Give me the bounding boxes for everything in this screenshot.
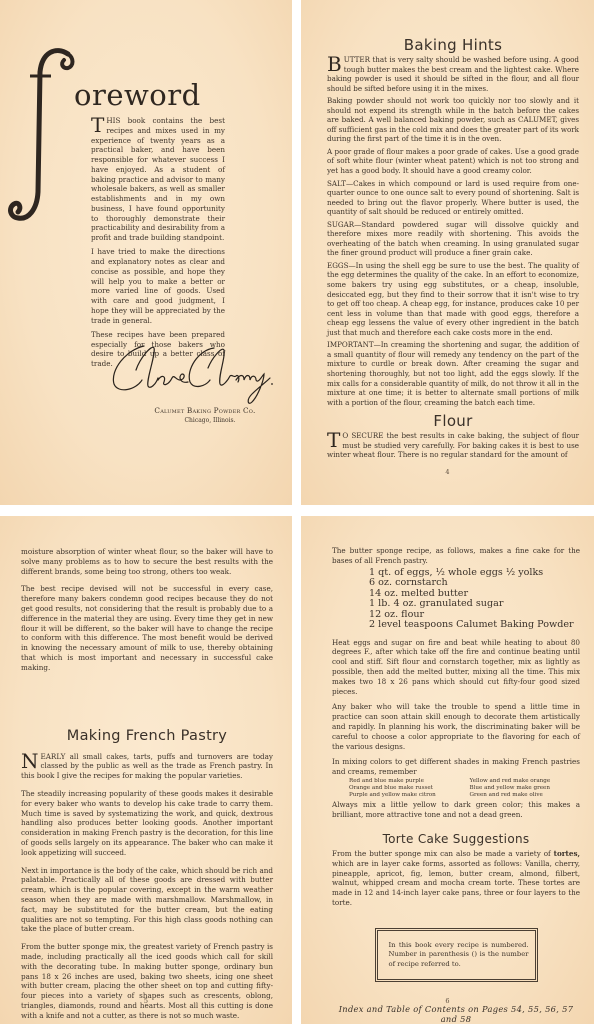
paragraph: SALT—Cakes in which compound or lard is … bbox=[327, 179, 579, 217]
section-heading: Baking Hints bbox=[327, 36, 579, 54]
signature-cleve-carney bbox=[106, 340, 276, 410]
color-rule: Red and blue make purple bbox=[349, 778, 460, 785]
paragraph: In mixing colors to get different shades… bbox=[332, 757, 580, 777]
company-name: Calumet Baking Powder Co. bbox=[130, 406, 280, 415]
page-foreword: oreword THIS book contains the best reci… bbox=[0, 0, 292, 505]
drop-cap: T bbox=[327, 432, 340, 448]
color-rule: Yellow and red make orange bbox=[470, 778, 581, 785]
drop-cap: B bbox=[327, 56, 342, 72]
paragraph: Next in importance is the body of the ca… bbox=[21, 866, 273, 935]
paragraph: From the butter sponge mix, the greatest… bbox=[21, 942, 273, 1020]
section-heading-flour: Flour bbox=[327, 412, 579, 430]
paragraph: A poor grade of flour makes a poor grade… bbox=[327, 147, 579, 176]
paragraph: Heat eggs and sugar on fire and beat whi… bbox=[332, 638, 580, 697]
paragraph: IMPORTANT—In creaming the shortening and… bbox=[327, 340, 579, 407]
section-heading: Making French Pastry bbox=[21, 727, 273, 745]
ingredient-item: 2 level teaspoons Calumet Baking Powder bbox=[369, 620, 580, 631]
drop-cap: N bbox=[21, 753, 39, 769]
page-butter-sponge: The butter sponge recipe, as follows, ma… bbox=[301, 516, 594, 1024]
paragraph: BUTTER that is very salty should be wash… bbox=[327, 55, 579, 93]
decorative-initial-f bbox=[8, 42, 98, 227]
paragraph: EGGS—In using the shell egg be sure to u… bbox=[327, 261, 579, 337]
paragraph: I have tried to make the directions and … bbox=[91, 247, 225, 325]
paragraph: SUGAR—Standard powdered sugar will disso… bbox=[327, 220, 579, 258]
page-number: 6 bbox=[301, 997, 594, 1005]
color-rule: Orange and blue make russet bbox=[349, 785, 460, 792]
paragraph: Baking powder should not work too quickl… bbox=[327, 96, 579, 144]
paragraph: The steadily increasing popularity of th… bbox=[21, 789, 273, 858]
color-rule: Blue and yellow make green bbox=[470, 785, 581, 792]
color-mixing-table: Red and blue make purpleYellow and red m… bbox=[349, 778, 580, 798]
page-baking-hints: Baking Hints BUTTER that is very salty s… bbox=[301, 0, 594, 505]
section-heading: Torte Cake Suggestions bbox=[332, 832, 580, 846]
foreword-body: THIS book contains the best recipes and … bbox=[91, 116, 225, 373]
paragraph: The best recipe devised will not be succ… bbox=[21, 584, 273, 672]
paragraph: THIS book contains the best recipes and … bbox=[91, 116, 225, 243]
paragraph: moisture absorption of winter wheat flou… bbox=[21, 547, 273, 576]
french-pastry-body: NEARLY all small cakes, tarts, puffs and… bbox=[21, 752, 273, 1021]
company-city: Chicago, Illinois. bbox=[160, 417, 260, 424]
paragraph: TO SECURE the best results in cake bakin… bbox=[327, 431, 579, 460]
paragraph: Always mix a little yellow to dark green… bbox=[332, 800, 580, 820]
page-title: oreword bbox=[74, 80, 201, 110]
baking-hints-body: BUTTER that is very salty should be wash… bbox=[327, 55, 579, 407]
paragraph: The butter sponge recipe, as follows, ma… bbox=[332, 546, 580, 566]
recipe-number-note: In this book every recipe is numbered. N… bbox=[375, 928, 538, 983]
page-number: 5 bbox=[0, 997, 292, 1005]
paragraph: NEARLY all small cakes, tarts, puffs and… bbox=[21, 752, 273, 781]
page-number: 4 bbox=[301, 468, 594, 476]
paragraph: Any baker who will take the trouble to s… bbox=[332, 702, 580, 751]
drop-cap: T bbox=[91, 117, 104, 133]
color-rule: Purple and yellow make citron bbox=[349, 792, 460, 799]
paragraph: From the butter sponge mix can also be m… bbox=[332, 849, 580, 908]
page-french-pastry: moisture absorption of winter wheat flou… bbox=[0, 516, 292, 1024]
color-rule: Green and red make olive bbox=[470, 792, 581, 799]
ingredient-list: 1 qt. of eggs, ½ whole eggs ½ yolks6 oz.… bbox=[369, 568, 580, 631]
index-reference: Index and Table of Contents on Pages 54,… bbox=[332, 1004, 580, 1024]
